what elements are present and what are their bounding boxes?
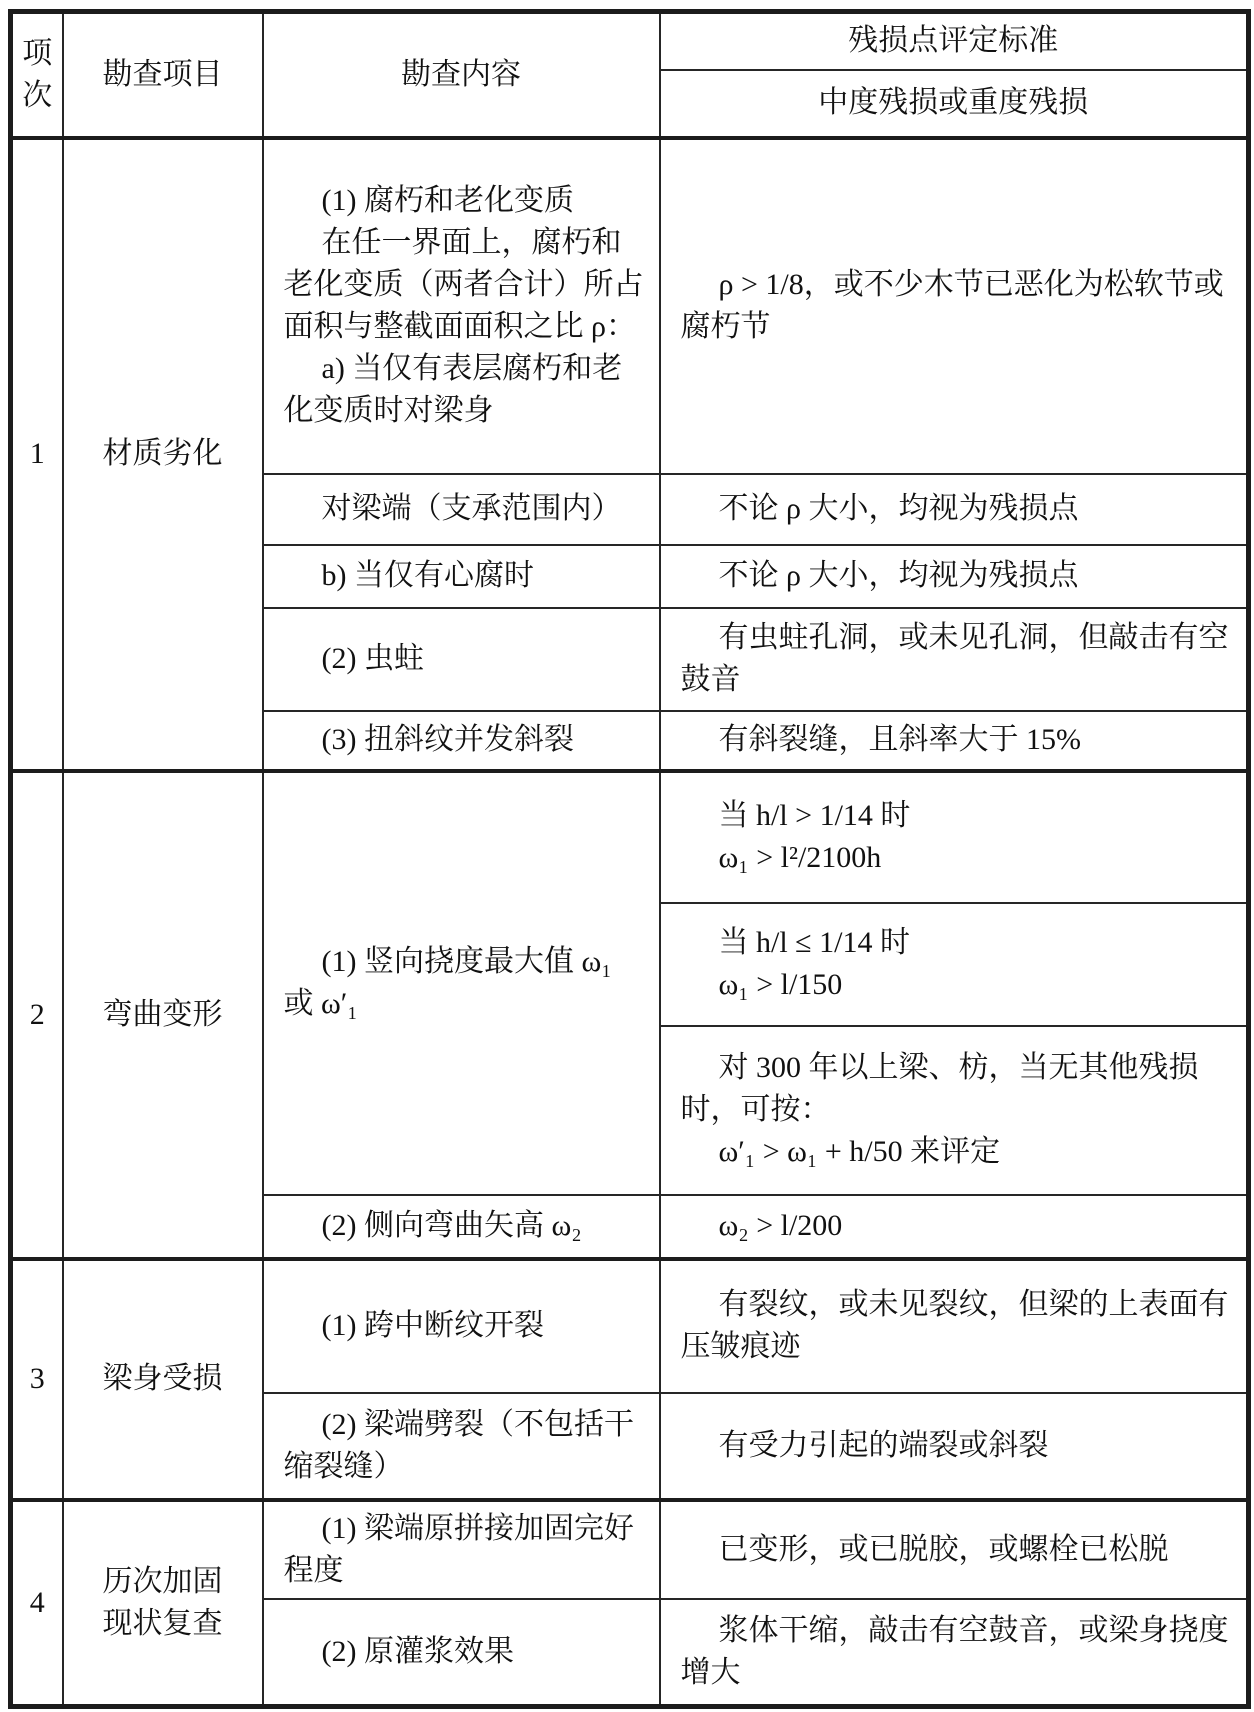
paragraph: 有裂纹，或未见裂纹，但梁的上表面有压皱痕迹 [681, 1284, 1233, 1368]
paragraph: (1) 跨中断纹开裂 [284, 1305, 645, 1347]
item-1-standard-4: 有虫蛀孔洞，或未见孔洞，但敲击有空鼓音 [660, 608, 1249, 711]
paragraph: 不论 ρ 大小，均视为残损点 [681, 488, 1233, 530]
paragraph: 有受力引起的端裂或斜裂 [681, 1425, 1233, 1467]
paragraph: 对 300 年以上梁、枋，当无其他残损时，可按： [681, 1047, 1233, 1131]
item-1-standard-1: ρ > 1/8，或不少木节已恶化为松软节或腐朽节 [660, 138, 1249, 474]
item-3-content-2: (2) 梁端劈裂（不包括干缩裂缝） [263, 1393, 660, 1500]
item-2-project: 弯曲变形 [63, 771, 263, 1259]
header-content: 勘查内容 [263, 12, 660, 138]
paragraph: 浆体干缩，敲击有空鼓音，或梁身挠度增大 [681, 1610, 1233, 1694]
item-3-project: 梁身受损 [63, 1259, 263, 1500]
paragraph: 有虫蛀孔洞，或未见孔洞，但敲击有空鼓音 [681, 617, 1233, 701]
item-1-no: 1 [11, 138, 63, 771]
item-4-content-1: (1) 梁端原拼接加固完好程度 [263, 1500, 660, 1599]
paragraph: 对梁端（支承范围内） [284, 488, 645, 530]
item-1-content-1: (1) 腐朽和老化变质在任一界面上，腐朽和老化变质（两者合计）所占面积与整截面面… [263, 138, 660, 474]
table-row: 4 历次加固现状复查 (1) 梁端原拼接加固完好程度 已变形，或已脱胶，或螺栓已… [11, 1500, 1249, 1599]
table-row: 3 梁身受损 (1) 跨中断纹开裂 有裂纹，或未见裂纹，但梁的上表面有压皱痕迹 [11, 1259, 1249, 1393]
damage-assessment-table: 项次 勘查项目 勘查内容 残损点评定标准 中度残损或重度残损 1 材质劣化 (1… [8, 9, 1251, 1709]
item-2-standard-2: 当 h/l ≤ 1/14 时ω₁ > l/150 [660, 903, 1249, 1026]
item-1-standard-5: 有斜裂缝，且斜率大于 15% [660, 711, 1249, 771]
item-3-standard-1: 有裂纹，或未见裂纹，但梁的上表面有压皱痕迹 [660, 1259, 1249, 1393]
paragraph: (1) 梁端原拼接加固完好程度 [284, 1508, 645, 1592]
header-project: 勘查项目 [63, 12, 263, 138]
paragraph: 当 h/l ≤ 1/14 时 [681, 922, 1233, 964]
item-1-content-2: 对梁端（支承范围内） [263, 474, 660, 545]
item-2-content-2: (2) 侧向弯曲矢高 ω₂ [263, 1195, 660, 1259]
item-1-project: 材质劣化 [63, 138, 263, 771]
table-row: 2 弯曲变形 (1) 竖向挠度最大值 ω₁ 或 ω′₁ 当 h/l > 1/14… [11, 771, 1249, 903]
paragraph: ω′₁ > ω₁ + h/50 来评定 [681, 1131, 1233, 1173]
item-3-content-1: (1) 跨中断纹开裂 [263, 1259, 660, 1393]
paragraph: 有斜裂缝，且斜率大于 15% [681, 719, 1233, 761]
item-4-content-2: (2) 原灌浆效果 [263, 1599, 660, 1707]
paragraph: (1) 腐朽和老化变质 [284, 180, 645, 222]
item-2-standard-3: 对 300 年以上梁、枋，当无其他残损时，可按：ω′₁ > ω₁ + h/50 … [660, 1026, 1249, 1195]
item-4-standard-1: 已变形，或已脱胶，或螺栓已松脱 [660, 1500, 1249, 1599]
paragraph: 不论 ρ 大小，均视为残损点 [681, 555, 1233, 597]
item-4-standard-2: 浆体干缩，敲击有空鼓音，或梁身挠度增大 [660, 1599, 1249, 1707]
item-3-no: 3 [11, 1259, 63, 1500]
paragraph: ρ > 1/8，或不少木节已恶化为松软节或腐朽节 [681, 264, 1233, 348]
item-2-no: 2 [11, 771, 63, 1259]
item-1-standard-2: 不论 ρ 大小，均视为残损点 [660, 474, 1249, 545]
item-1-standard-3: 不论 ρ 大小，均视为残损点 [660, 545, 1249, 608]
paragraph: ω₂ > l/200 [681, 1205, 1233, 1247]
paragraph: (1) 竖向挠度最大值 ω₁ 或 ω′₁ [284, 941, 645, 1025]
item-4-no: 4 [11, 1500, 63, 1707]
paragraph: (2) 梁端劈裂（不包括干缩裂缝） [284, 1404, 645, 1488]
paragraph: 在任一界面上，腐朽和老化变质（两者合计）所占面积与整截面面积之比 ρ： [284, 222, 645, 348]
item-1-content-5: (3) 扭斜纹并发斜裂 [263, 711, 660, 771]
header-standard-sub: 中度残损或重度残损 [660, 70, 1249, 138]
item-2-standard-1: 当 h/l > 1/14 时ω₁ > l²/2100h [660, 771, 1249, 903]
paragraph: 当 h/l > 1/14 时 [681, 795, 1233, 837]
item-1-content-3: b) 当仅有心腐时 [263, 545, 660, 608]
paragraph: (2) 原灌浆效果 [284, 1631, 645, 1673]
item-3-standard-2: 有受力引起的端裂或斜裂 [660, 1393, 1249, 1500]
paragraph: (2) 虫蛀 [284, 638, 645, 680]
paragraph: ω₁ > l/150 [681, 964, 1233, 1006]
paragraph: (3) 扭斜纹并发斜裂 [284, 719, 645, 761]
item-2-standard-4: ω₂ > l/200 [660, 1195, 1249, 1259]
item-4-project: 历次加固现状复查 [63, 1500, 263, 1707]
paragraph: a) 当仅有表层腐朽和老化变质时对梁身 [284, 348, 645, 432]
header-item-no: 项次 [11, 12, 63, 138]
header-standard: 残损点评定标准 [660, 12, 1249, 70]
paragraph: 已变形，或已脱胶，或螺栓已松脱 [681, 1529, 1233, 1571]
table-row: 1 材质劣化 (1) 腐朽和老化变质在任一界面上，腐朽和老化变质（两者合计）所占… [11, 138, 1249, 474]
paragraph: (2) 侧向弯曲矢高 ω₂ [284, 1205, 645, 1247]
item-2-content-1: (1) 竖向挠度最大值 ω₁ 或 ω′₁ [263, 771, 660, 1195]
item-1-content-4: (2) 虫蛀 [263, 608, 660, 711]
paragraph: b) 当仅有心腐时 [284, 555, 645, 597]
table-header-row-1: 项次 勘查项目 勘查内容 残损点评定标准 [11, 12, 1249, 70]
paragraph: ω₁ > l²/2100h [681, 837, 1233, 879]
